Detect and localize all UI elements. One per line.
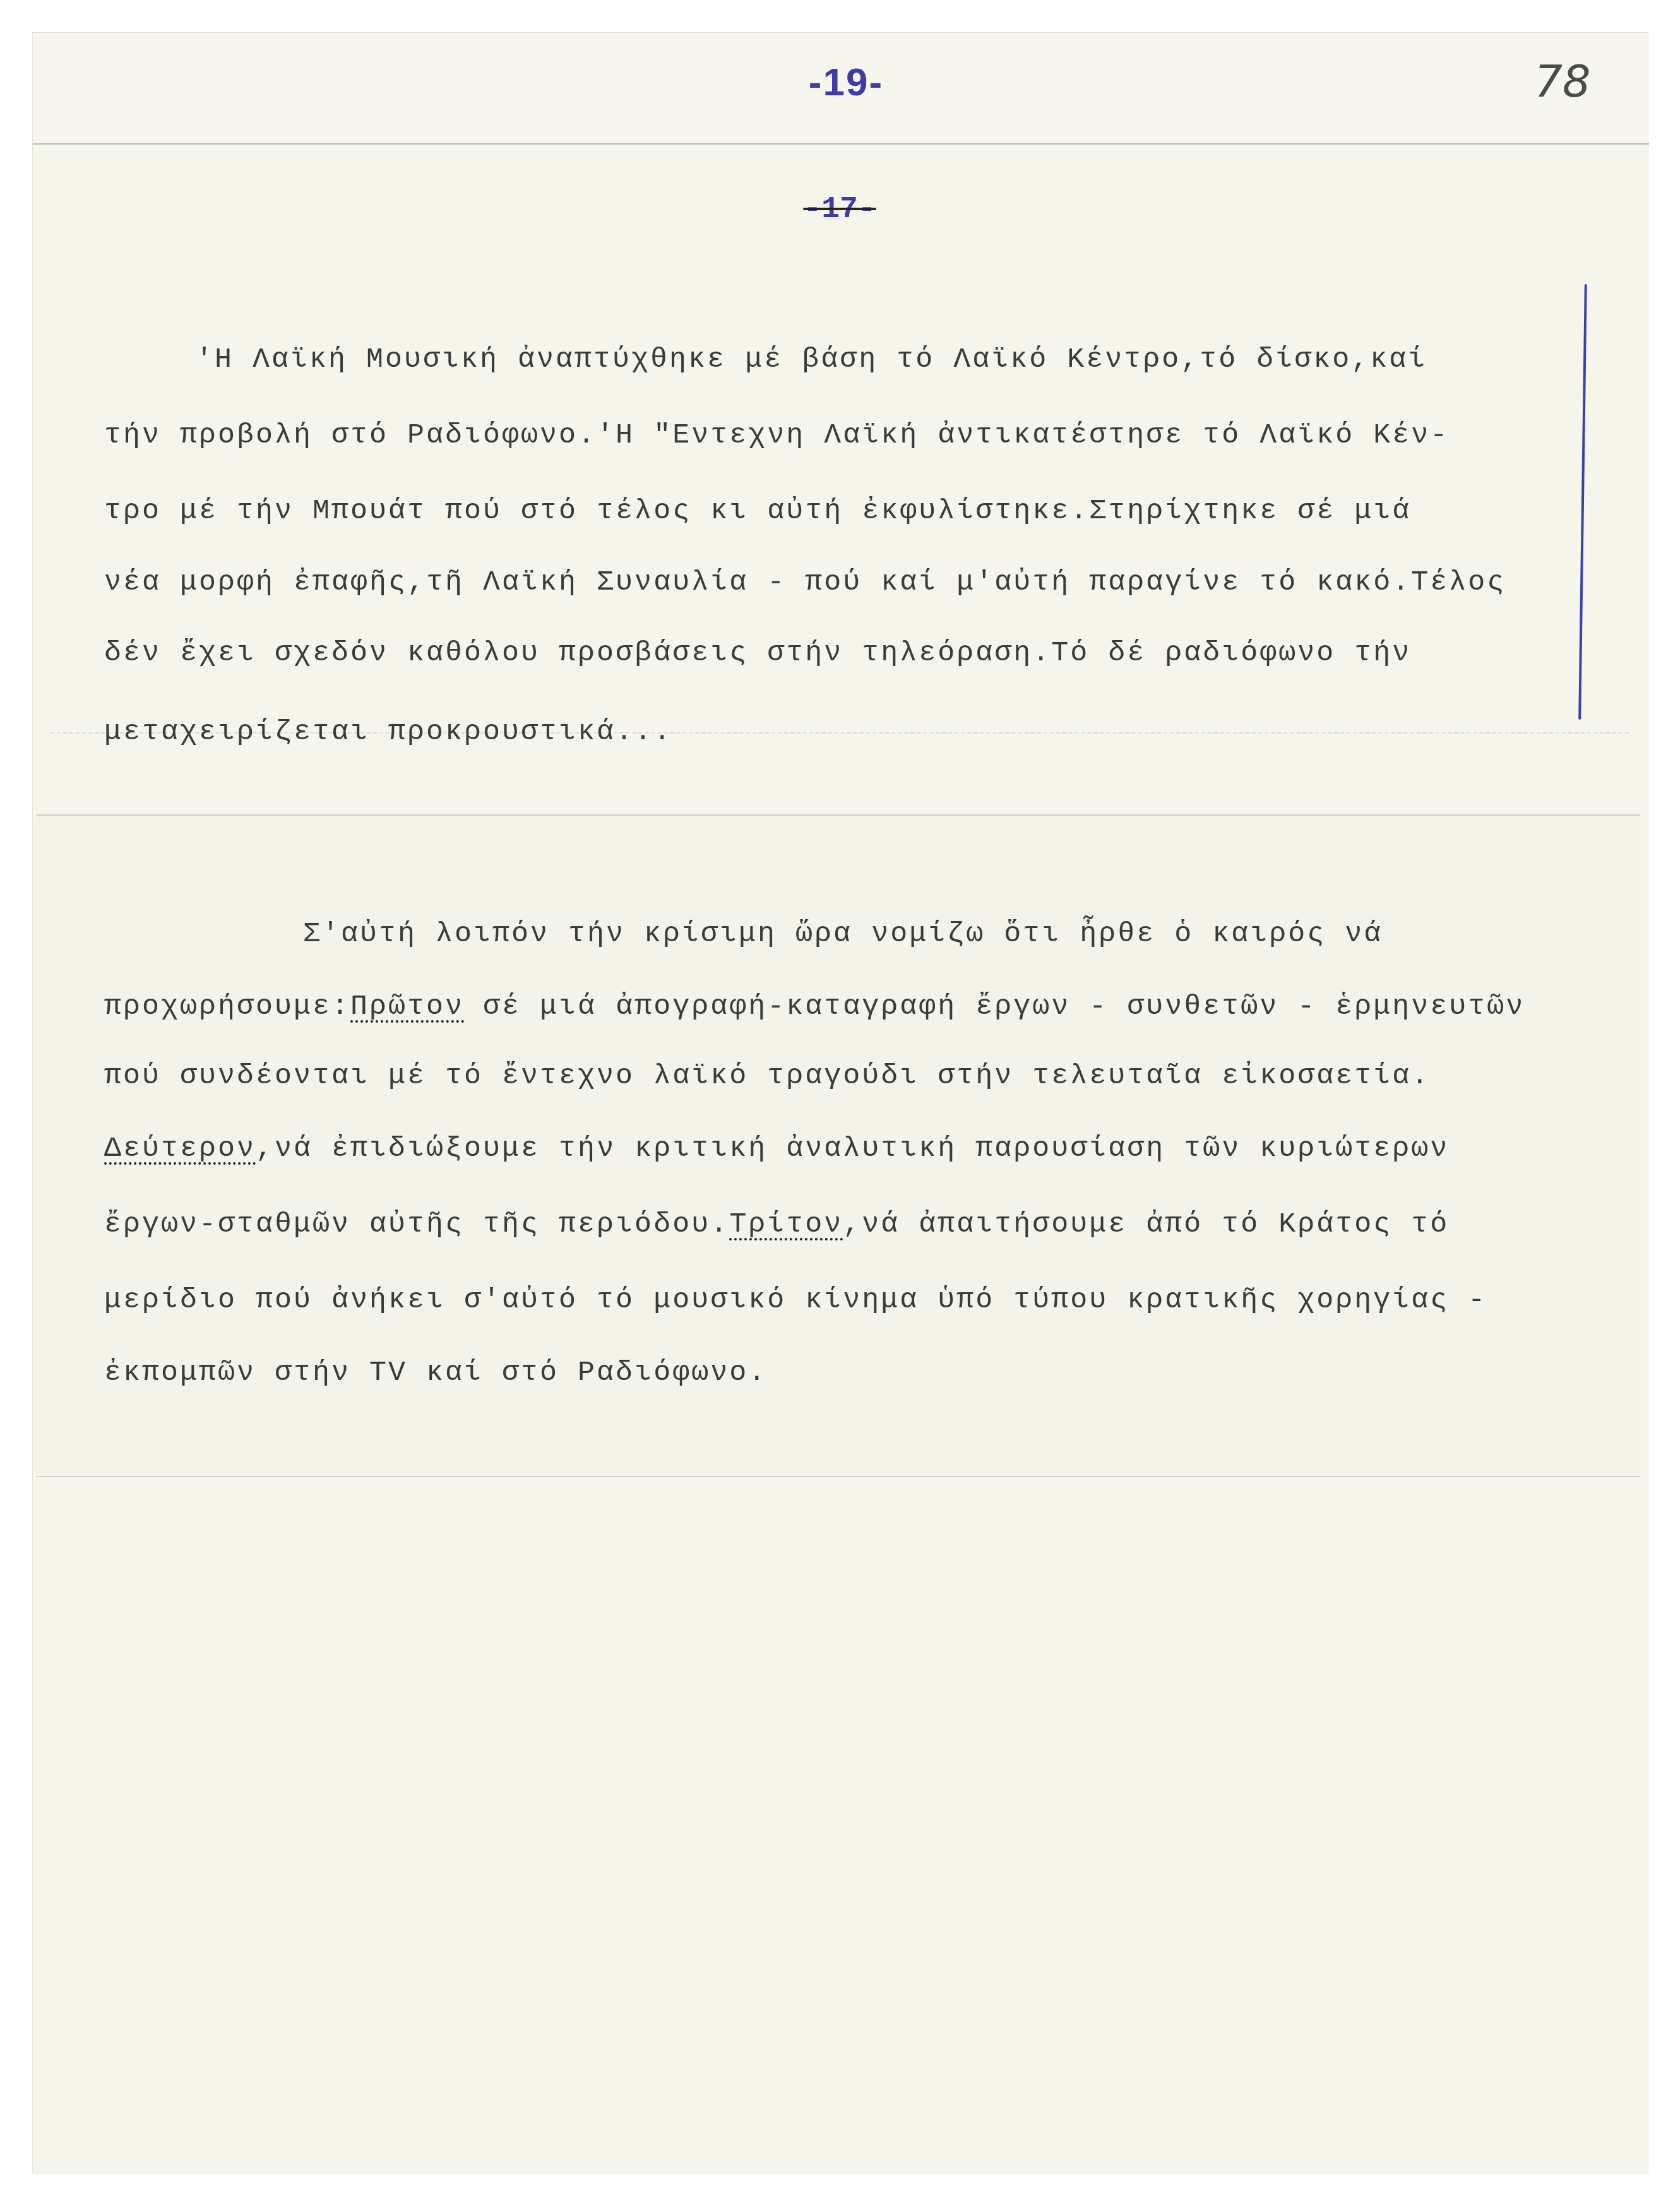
text-segment: προχωρήσουμε: bbox=[104, 990, 350, 1023]
crossed-out-page-number: -17- bbox=[783, 193, 896, 227]
paragraph1-line-6: μεταχειρίζεται προκρουστικά... bbox=[104, 713, 1556, 751]
page-number-ink: -19- bbox=[783, 60, 909, 105]
paragraph2-line-6: μερίδιο πού ἀνήκει σ'αὐτό τό μουσικό κίν… bbox=[104, 1281, 1556, 1319]
paragraph2-line-2: προχωρήσουμε:Πρῶτον σέ μιά ἀπογραφή-κατα… bbox=[104, 988, 1556, 1026]
text-segment: πού συνδέονται μέ τό ἔντεχνο λαϊκό τραγο… bbox=[104, 1060, 1430, 1092]
text-segment: σέ μιά ἀπογραφή-καταγραφή ἔργων - συνθετ… bbox=[464, 990, 1525, 1023]
underlined-word-third: Τρίτον bbox=[729, 1208, 843, 1240]
text-segment: μερίδιο πού ἀνήκει σ'αὐτό τό μουσικό κίν… bbox=[104, 1284, 1487, 1316]
archive-number-pencil: 78 bbox=[1515, 56, 1610, 107]
text-segment: ἐκπομπῶν στήν TV καί στό Ραδιόφωνο. bbox=[104, 1357, 767, 1389]
paragraph1-line-4: νέα μορφή ἐπαφῆς,τῆ Λαϊκή Συναυλία - πού… bbox=[104, 564, 1556, 602]
paragraph2-line-3: πού συνδέονται μέ τό ἔντεχνο λαϊκό τραγο… bbox=[104, 1057, 1556, 1095]
paragraph2-line-4: Δεύτερον,νά ἐπιδιώξουμε τήν κριτική ἀναλ… bbox=[104, 1130, 1556, 1168]
paragraph1-line-1: 'Η Λαϊκή Μουσική ἀναπτύχθηκε μέ βάση τό … bbox=[196, 341, 1648, 379]
text-segment: ,νά ἀπαιτήσουμε ἀπό τό Κράτος τό bbox=[843, 1208, 1449, 1240]
paragraph1-line-2: τήν προβολή στό Ραδιόφωνο.'Η "Εντεχνη Λα… bbox=[104, 417, 1556, 455]
text-segment: ,νά ἐπιδιώξουμε τήν κριτική ἀναλυτική πα… bbox=[256, 1133, 1449, 1165]
underlined-word-first: Πρῶτον bbox=[350, 990, 464, 1023]
paragraph1-line-3: τρο μέ τήν Μπουάτ πού στό τέλος κι αὐτή … bbox=[104, 492, 1556, 530]
paragraph2-line-5: ἔργων-σταθμῶν αὐτῆς τῆς περιόδου.Τρίτον,… bbox=[104, 1206, 1556, 1244]
paragraph2-line-1: Σ'αὐτή λοιπόν τήν κρίσιμη ὥρα νομίζω ὅτι… bbox=[303, 915, 1661, 953]
text-segment: Σ'αὐτή λοιπόν τήν κρίσιμη ὥρα νομίζω ὅτι… bbox=[303, 918, 1383, 950]
text-segment: ἔργων-σταθμῶν αὐτῆς τῆς περιόδου. bbox=[104, 1208, 729, 1240]
paragraph1-line-5: δέν ἔχει σχεδόν καθόλου προσβάσεις στήν … bbox=[104, 634, 1556, 672]
underlined-word-second: Δεύτερον bbox=[104, 1133, 256, 1165]
paragraph2-line-7: ἐκπομπῶν στήν TV καί στό Ραδιόφωνο. bbox=[104, 1354, 1556, 1392]
